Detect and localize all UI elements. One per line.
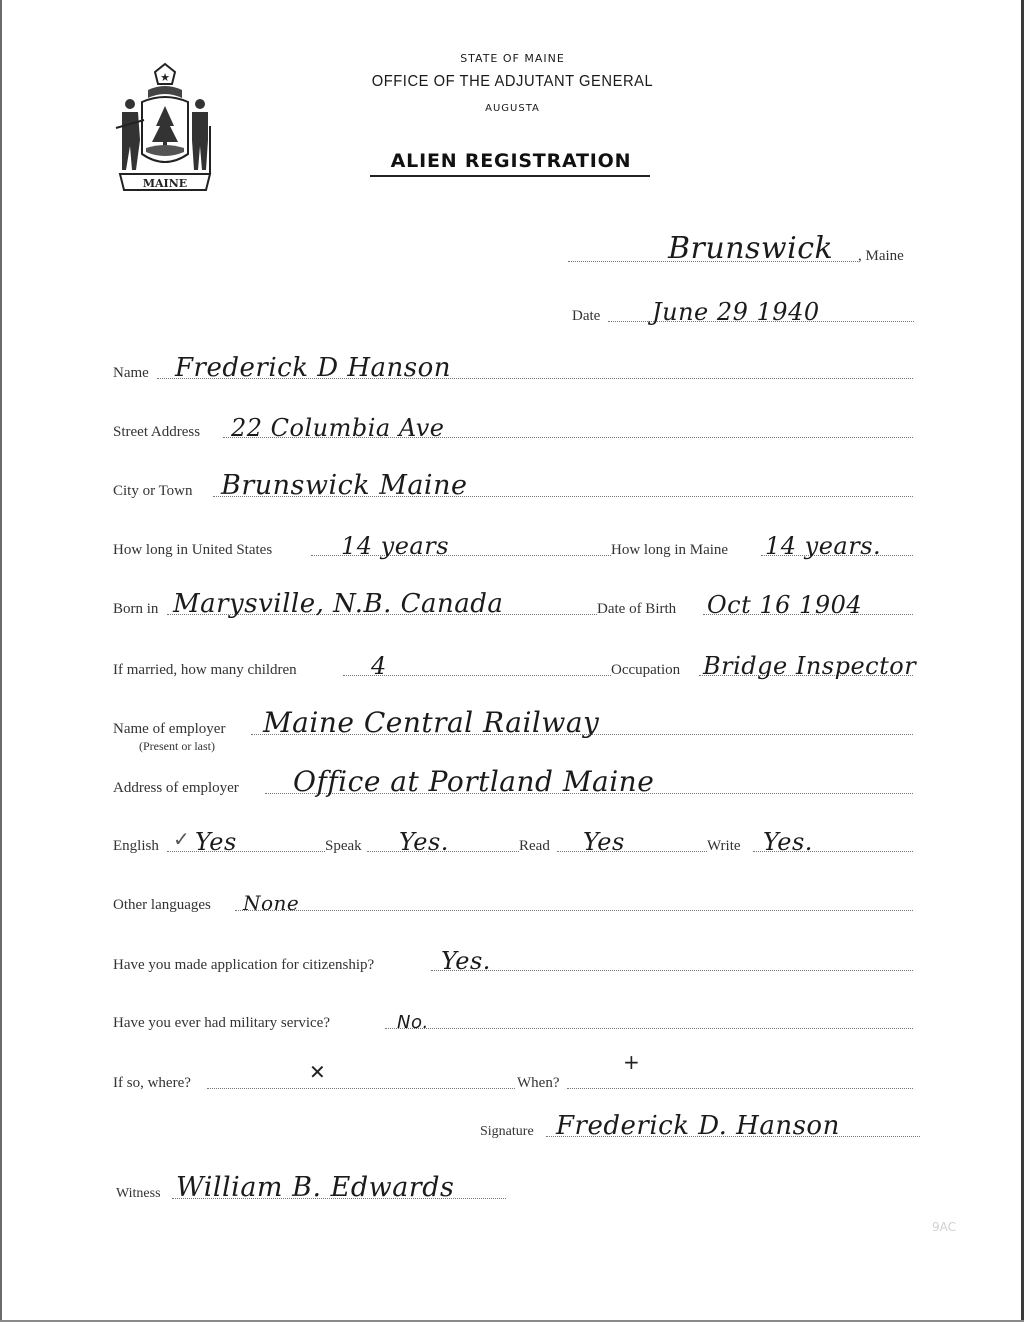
page-title: ALIEN REGISTRATION xyxy=(370,150,652,172)
service-details-row: If so, where? ✕ When? + xyxy=(113,1070,913,1094)
city-or-town-value: Brunswick Maine xyxy=(221,470,467,501)
other-languages-label: Other languages xyxy=(113,897,211,914)
header-state: STATE OF MAINE xyxy=(340,52,685,65)
employer-address-value: Office at Portland Maine xyxy=(293,765,654,798)
witness-value: William B. Edwards xyxy=(176,1172,454,1203)
how-long-us-label: How long in United States xyxy=(113,542,272,559)
english-row: English ✓ Yes Speak Yes. Read Yes Write … xyxy=(113,833,913,857)
employer-name-field[interactable]: Name of employer (Present or last) Maine… xyxy=(113,716,913,740)
family-occupation-row: If married, how many children 4 Occupati… xyxy=(113,657,953,681)
occupation-label: Occupation xyxy=(611,662,680,679)
employer-name-label: Name of employer xyxy=(113,721,225,738)
location-suffix: , Maine xyxy=(858,248,904,265)
signature-field[interactable]: Signature Frederick D. Hanson xyxy=(480,1118,920,1142)
date-of-birth-value[interactable]: Oct 16 1904 xyxy=(707,591,862,619)
children-value[interactable]: 4 xyxy=(371,652,387,680)
write-label: Write xyxy=(707,838,741,855)
other-languages-value: None xyxy=(243,891,299,915)
city-or-town-field[interactable]: City or Town Brunswick Maine xyxy=(113,478,913,502)
where-label: If so, where? xyxy=(113,1075,191,1092)
residence-duration-row: How long in United States 14 years How l… xyxy=(113,537,933,561)
write-value[interactable]: Yes. xyxy=(763,828,813,856)
military-service-value: No. xyxy=(397,1012,429,1033)
citizenship-field[interactable]: Have you made application for citizenshi… xyxy=(113,952,913,976)
svg-text:MAINE: MAINE xyxy=(143,177,187,190)
birth-row: Born in Marysville, N.B. Canada Date of … xyxy=(113,596,913,620)
street-address-value: 22 Columbia Ave xyxy=(231,414,444,442)
born-in-label: Born in xyxy=(113,601,158,618)
how-long-maine-label: How long in Maine xyxy=(611,542,728,559)
how-long-us-value[interactable]: 14 years xyxy=(341,532,449,560)
speak-value[interactable]: Yes. xyxy=(399,828,449,856)
employer-name-sublabel: (Present or last) xyxy=(139,739,215,754)
children-label: If married, how many children xyxy=(113,662,297,679)
english-label: English xyxy=(113,838,159,855)
street-address-field[interactable]: Street Address 22 Columbia Ave xyxy=(113,419,913,443)
signature-value: Frederick D. Hanson xyxy=(556,1111,840,1141)
street-address-label: Street Address xyxy=(113,424,200,441)
date-label: Date xyxy=(572,308,600,325)
date-field[interactable]: Date June 29 1940 xyxy=(572,303,914,327)
signature-label: Signature xyxy=(480,1124,534,1140)
witness-label: Witness xyxy=(116,1186,161,1202)
english-value[interactable]: Yes xyxy=(195,828,237,856)
citizenship-value: Yes. xyxy=(441,947,491,975)
location-value: Brunswick xyxy=(668,231,833,266)
page-edge-left xyxy=(0,0,2,1322)
archive-stamp: 9AC xyxy=(932,1220,956,1234)
other-languages-field[interactable]: Other languages None xyxy=(113,892,913,916)
when-label: When? xyxy=(517,1075,559,1092)
military-service-field[interactable]: Have you ever had military service? No. xyxy=(113,1010,913,1034)
maine-state-seal-icon: ★ MAINE xyxy=(112,62,218,198)
name-field[interactable]: Name Frederick D Hanson xyxy=(113,360,913,384)
date-of-birth-label: Date of Birth xyxy=(597,601,676,618)
title-underline xyxy=(370,175,650,177)
how-long-maine-value[interactable]: 14 years. xyxy=(765,532,881,560)
military-service-label: Have you ever had military service? xyxy=(113,1015,330,1032)
citizenship-label: Have you made application for citizenshi… xyxy=(113,957,374,974)
name-value: Frederick D Hanson xyxy=(175,353,451,383)
read-value[interactable]: Yes xyxy=(583,828,625,856)
born-in-value[interactable]: Marysville, N.B. Canada xyxy=(173,589,503,619)
checkmark-icon: ✓ xyxy=(173,827,190,851)
date-value: June 29 1940 xyxy=(652,298,820,326)
read-label: Read xyxy=(519,838,550,855)
employer-address-field[interactable]: Address of employer Office at Portland M… xyxy=(113,775,913,799)
employer-name-value: Maine Central Railway xyxy=(263,706,599,739)
where-value[interactable]: ✕ xyxy=(309,1060,326,1084)
city-or-town-label: City or Town xyxy=(113,483,193,500)
witness-field[interactable]: Witness William B. Edwards xyxy=(116,1180,506,1204)
employer-address-label: Address of employer xyxy=(113,780,239,797)
header-city: AUGUSTA xyxy=(340,103,685,114)
header-office: OFFICE OF THE ADJUTANT GENERAL xyxy=(354,73,671,91)
location-field[interactable]: Brunswick , Maine xyxy=(568,243,913,267)
when-value[interactable]: + xyxy=(623,1050,640,1074)
occupation-value[interactable]: Bridge Inspector xyxy=(703,652,916,680)
name-label: Name xyxy=(113,365,149,382)
speak-label: Speak xyxy=(325,838,362,855)
svg-text:★: ★ xyxy=(160,72,170,84)
